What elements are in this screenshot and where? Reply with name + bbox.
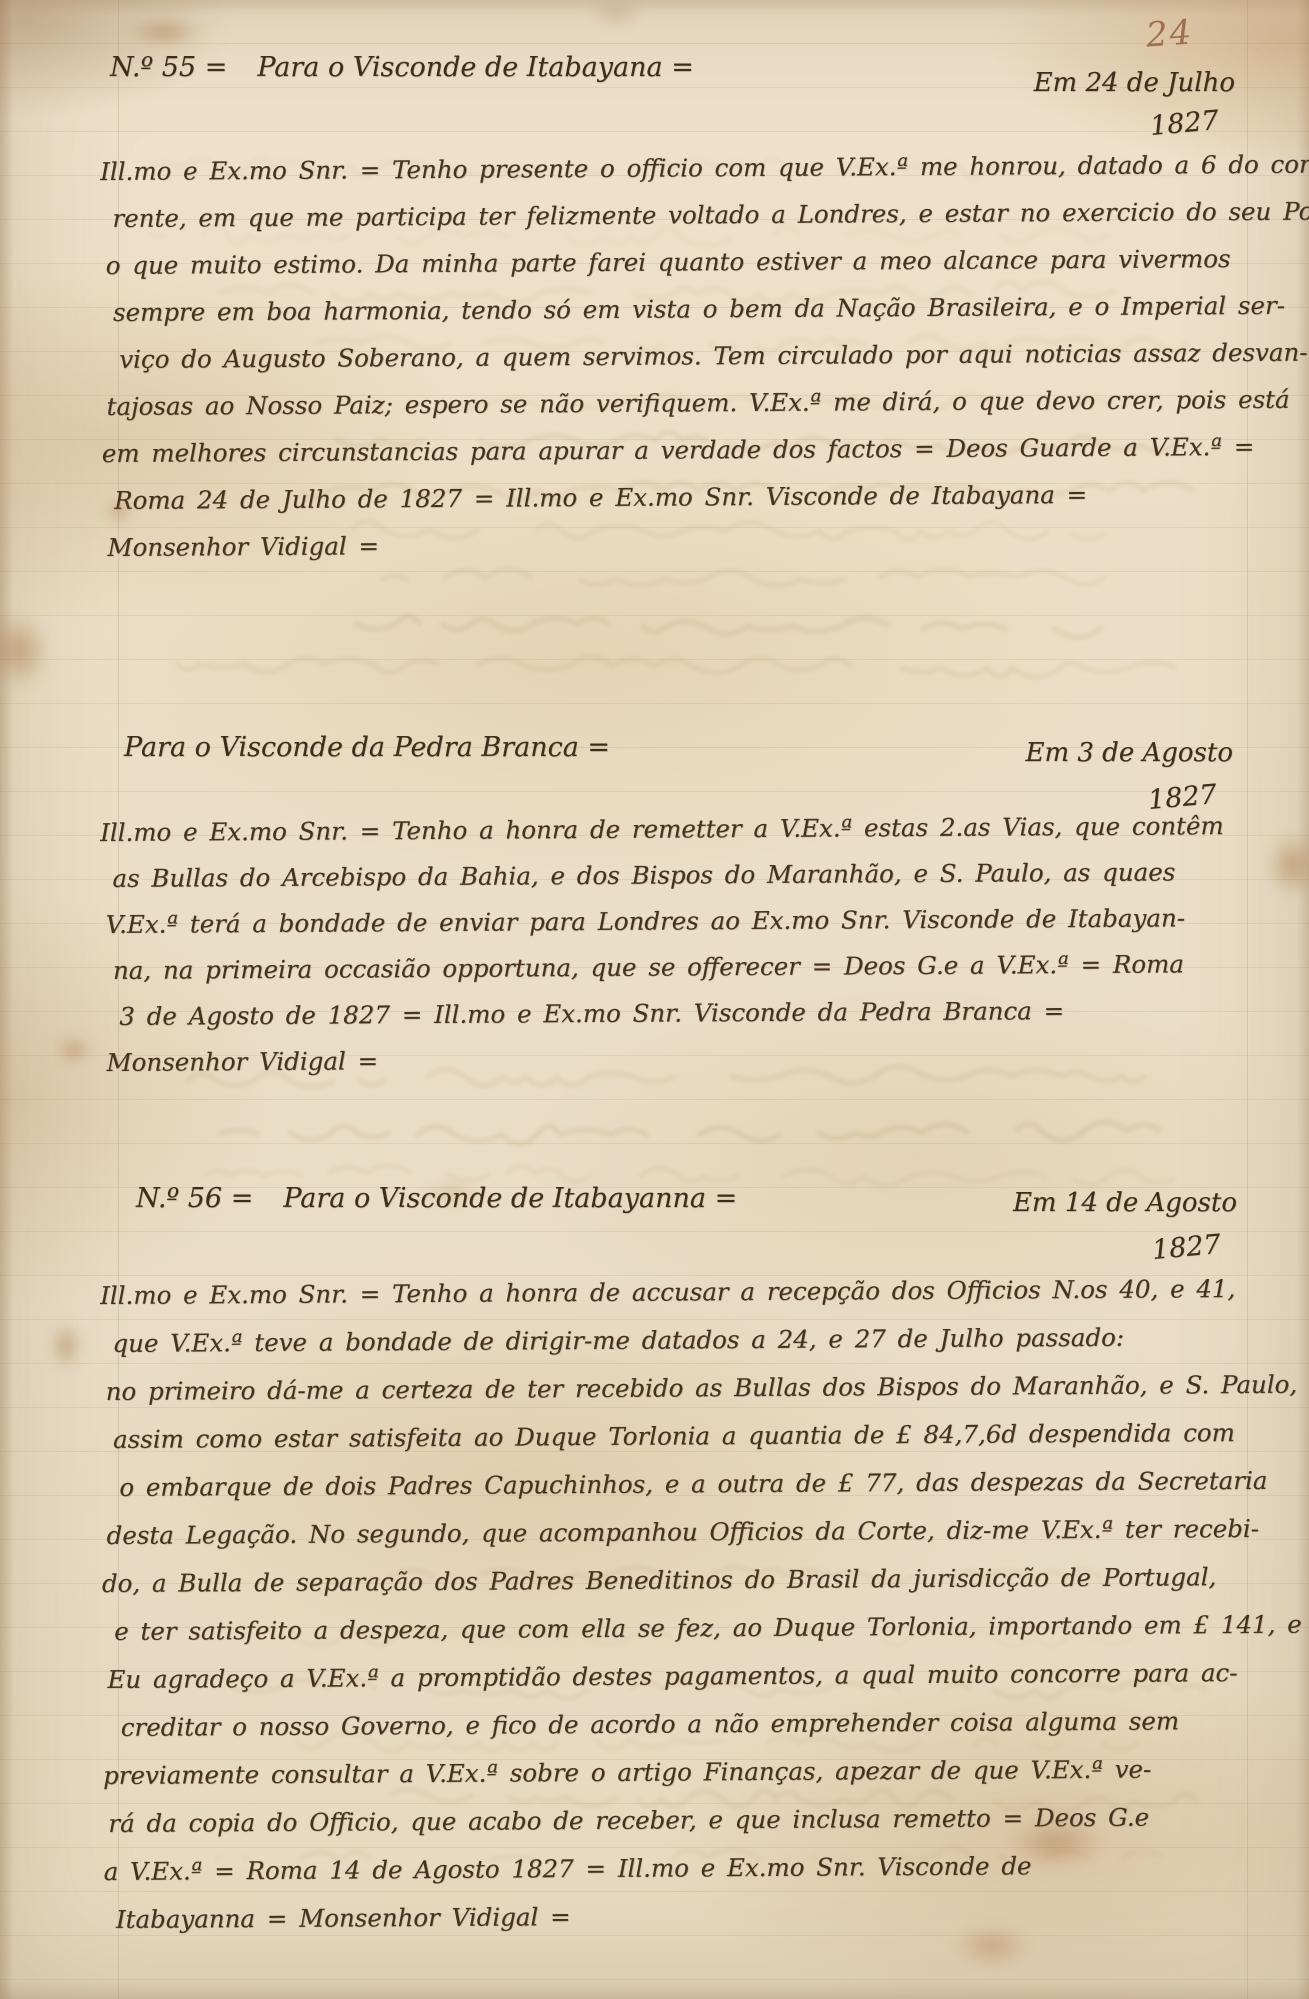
letter-3-body: Ill.mo e Ex.mo Snr. = Tenho a honra de a…: [100, 1265, 1264, 1944]
manuscript-line: desta Legação. No segundo, que acompanho…: [106, 1505, 1261, 1560]
manuscript-line: e ter satisfeito a despeza, que com ella…: [114, 1601, 1262, 1656]
manuscript-line: rente, em que me participa ter felizment…: [112, 188, 1260, 242]
manuscript-page: 24 N.º 55 =Para o Visconde de Itabayana …: [0, 0, 1309, 1999]
manuscript-line: Ill.mo e Ex.mo Snr. = Tenho presente o o…: [100, 141, 1260, 195]
manuscript-line: sempre em boa harmonia, tendo só em vist…: [113, 282, 1261, 336]
letter-2-header: Para o Visconde da Pedra Branca =: [124, 732, 610, 763]
letter-number: N.º 55 =: [110, 52, 227, 83]
manuscript-line: do, a Bulla de separação dos Padres Bene…: [102, 1553, 1262, 1608]
manuscript-line: que V.Ex.ª teve a bondade de dirigir-me …: [112, 1313, 1260, 1368]
letter-1-year: 1827: [1149, 105, 1220, 142]
manuscript-line: rá da copia do Officio, que acabo de rec…: [108, 1793, 1263, 1848]
letter-1-header: N.º 55 =Para o Visconde de Itabayana =: [110, 52, 694, 83]
stain: [1266, 832, 1309, 898]
stain: [586, 2, 646, 26]
letter-2-date: Em 3 de Agosto: [1025, 738, 1233, 768]
manuscript-line: 3 de Agosto de 1827 = Ill.mo e Ex.mo Snr…: [119, 987, 1261, 1040]
manuscript-line: o que muito estimo. Da minha parte farei…: [106, 235, 1261, 289]
manuscript-line: Ill.mo e Ex.mo Snr. = Tenho a honra de r…: [100, 803, 1260, 856]
manuscript-line: na, na primeira occasião opportuna, que …: [113, 941, 1261, 994]
letter-title: Para o Visconde de Itabayanna =: [283, 1183, 737, 1214]
manuscript-line: creditar o nosso Governo, e fico de acor…: [121, 1697, 1263, 1752]
manuscript-line: o embarque de dois Padres Capuchinhos, e…: [119, 1457, 1261, 1512]
stain: [56, 1036, 92, 1064]
letter-1-body: Ill.mo e Ex.mo Snr. = Tenho presente o o…: [100, 141, 1263, 571]
manuscript-line: Monsenhor Vidigal =: [106, 1033, 1261, 1086]
letter-number: N.º 56 =: [136, 1183, 253, 1214]
manuscript-line: previamente consultar a V.Ex.ª sobre o a…: [103, 1745, 1263, 1800]
letter-3-date: Em 14 de Agosto: [1013, 1188, 1237, 1218]
manuscript-line: assim como estar satisfeita ao Duque Tor…: [113, 1409, 1261, 1464]
letter-title: Para o Visconde de Itabayana =: [257, 52, 693, 83]
manuscript-line: a V.Ex.ª = Roma 14 de Agosto 1827 = Ill.…: [104, 1841, 1264, 1896]
stain: [50, 1322, 82, 1370]
letter-title: Para o Visconde da Pedra Branca =: [124, 732, 610, 763]
manuscript-line: Ill.mo e Ex.mo Snr. = Tenho a honra de a…: [100, 1265, 1260, 1320]
stain: [128, 18, 202, 46]
manuscript-line: as Bullas do Arcebispo da Bahia, e dos B…: [112, 849, 1260, 902]
manuscript-line: em melhores circunstancias para apurar a…: [102, 423, 1262, 477]
letter-2-body: Ill.mo e Ex.mo Snr. = Tenho a honra de r…: [100, 803, 1262, 1086]
manuscript-line: Roma 24 de Julho de 1827 = Ill.mo e Ex.m…: [114, 470, 1262, 524]
manuscript-line: V.Ex.ª terá a bondade de enviar para Lon…: [106, 895, 1261, 948]
stain: [0, 612, 50, 690]
letter-3-header: N.º 56 =Para o Visconde de Itabayanna =: [136, 1183, 737, 1214]
manuscript-line: tajosas ao Nosso Paiz; espero se não ver…: [106, 376, 1261, 430]
manuscript-line: Itabayanna = Monsenhor Vidigal =: [116, 1889, 1264, 1944]
manuscript-line: Eu agradeço a V.Ex.ª a promptidão destes…: [107, 1649, 1262, 1704]
letter-1-date: Em 24 de Julho: [1034, 68, 1235, 98]
page-number: 24: [1145, 12, 1195, 55]
manuscript-line: no primeiro dá-me a certeza de ter receb…: [106, 1361, 1261, 1416]
manuscript-line: viço do Augusto Soberano, a quem servimo…: [119, 329, 1261, 383]
manuscript-line: Monsenhor Vidigal =: [107, 517, 1262, 571]
letter-3-year: 1827: [1151, 1229, 1222, 1266]
